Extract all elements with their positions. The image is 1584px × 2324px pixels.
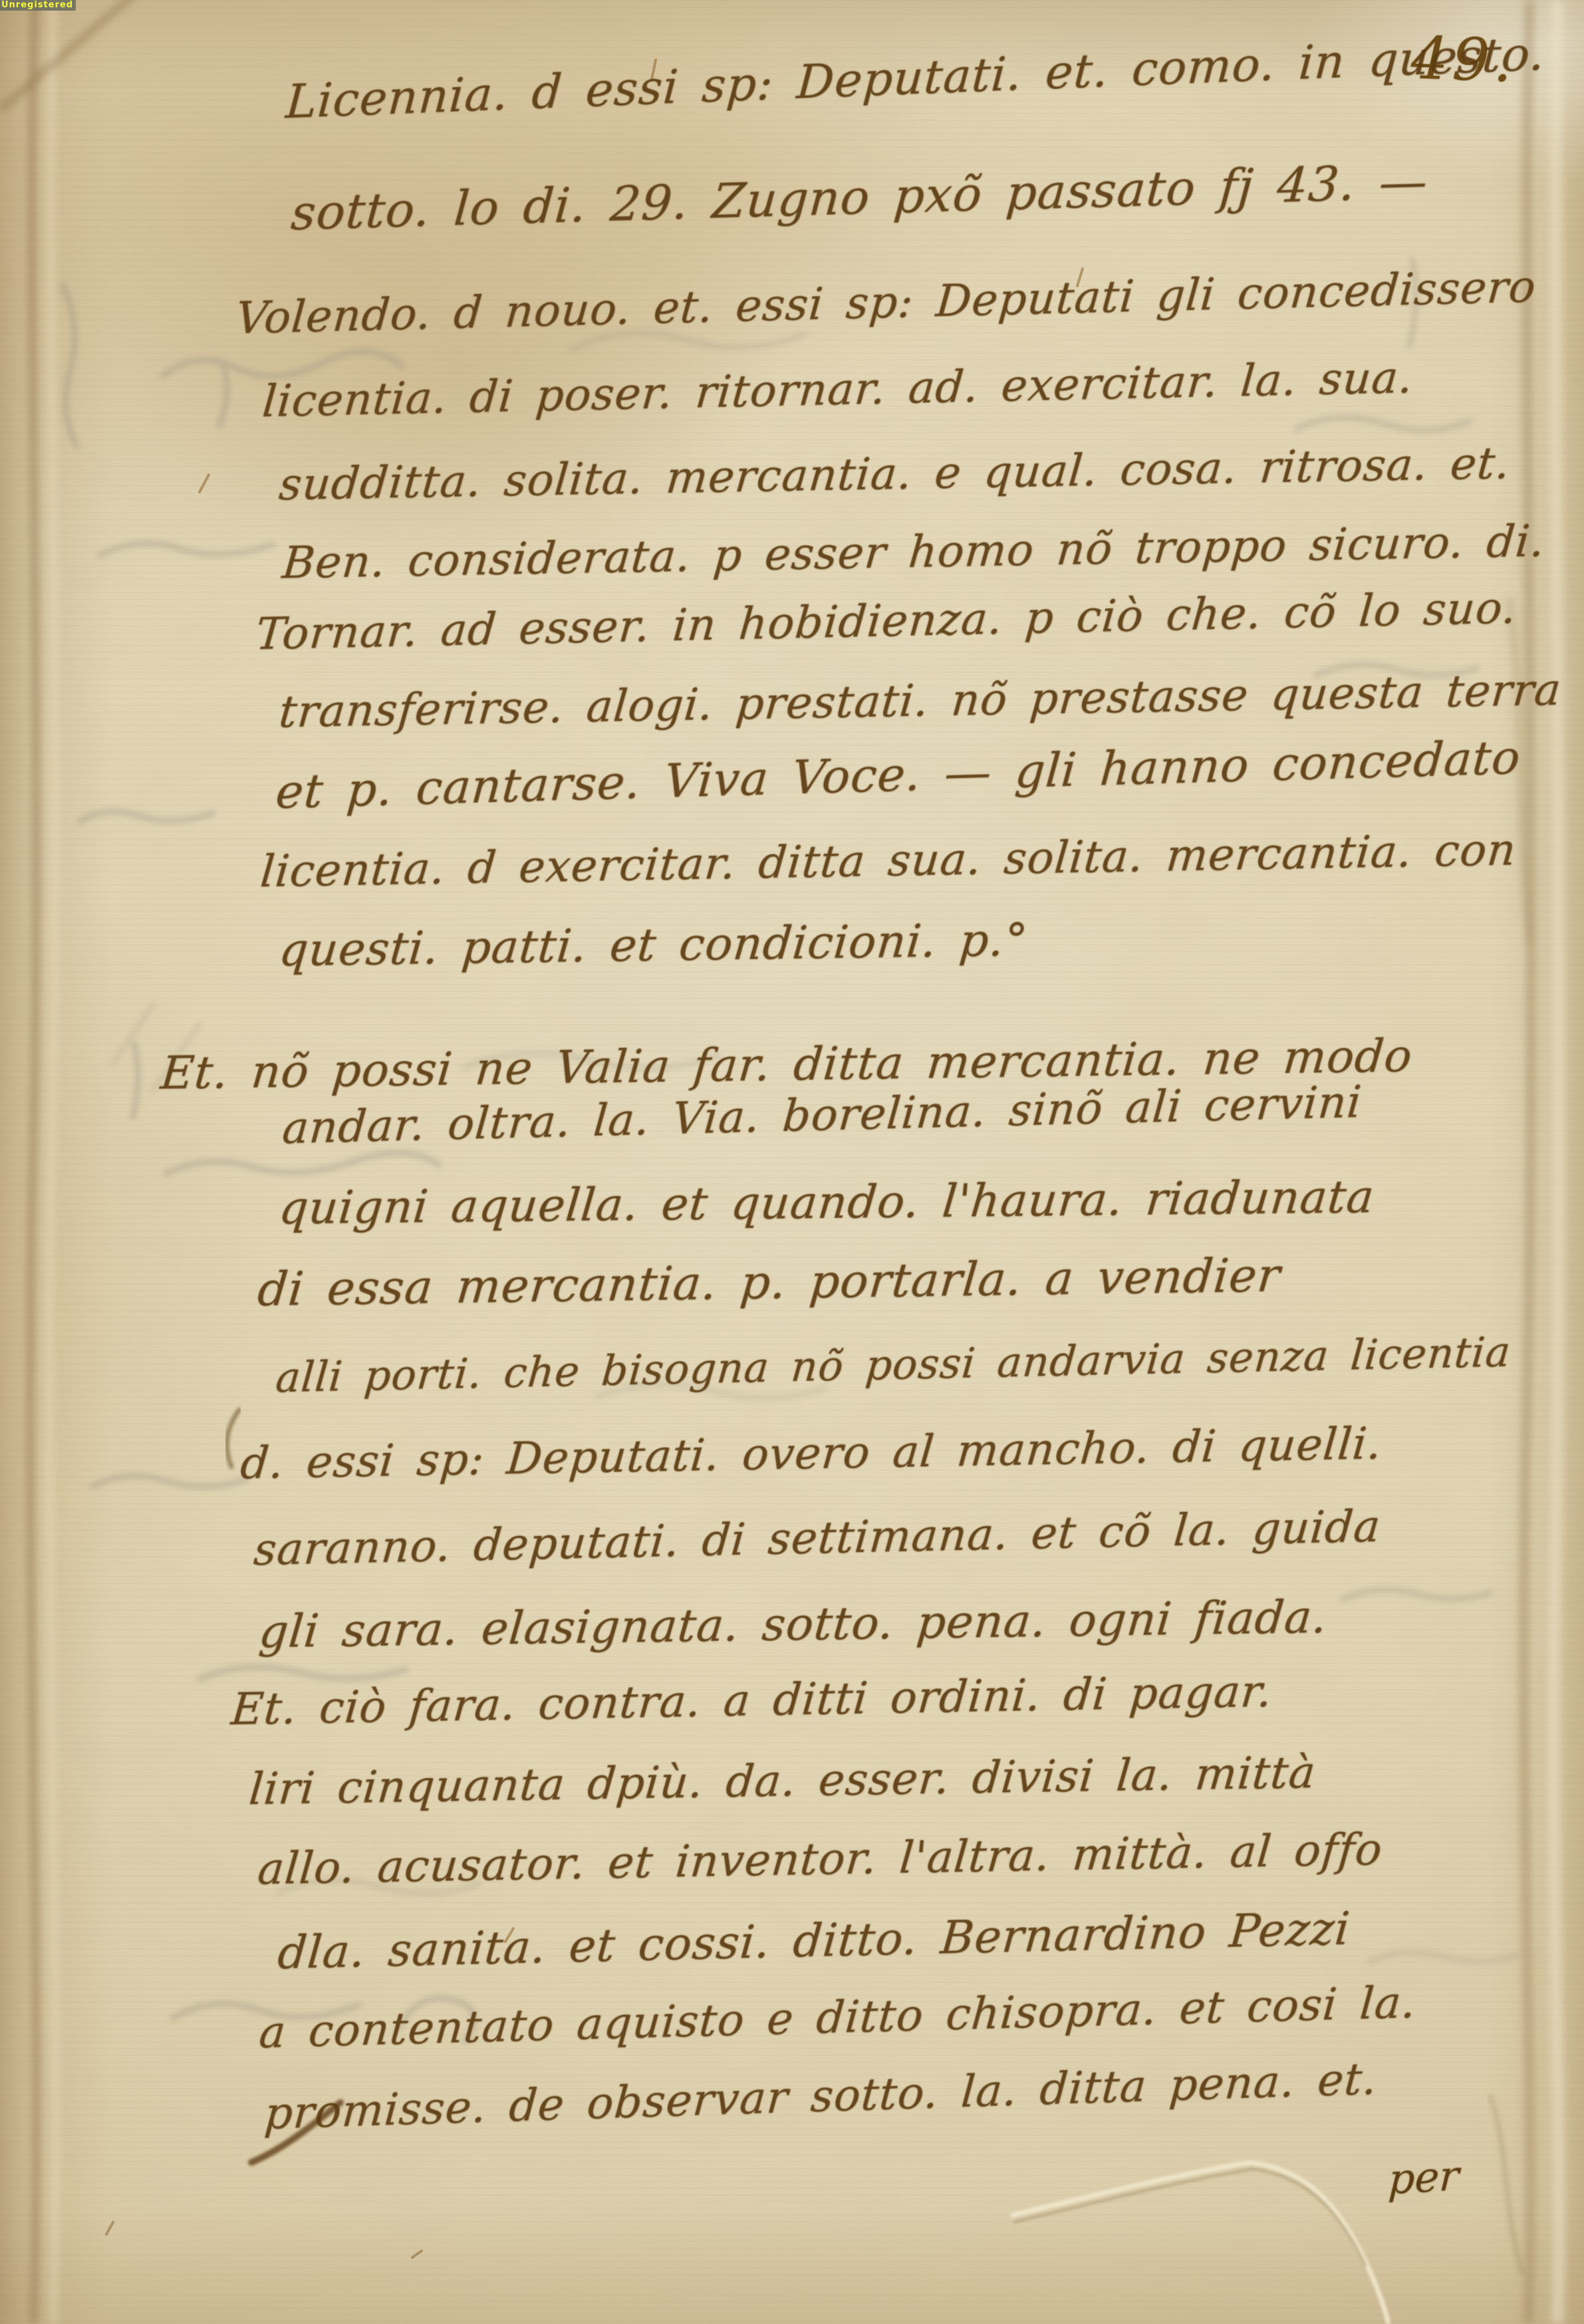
catchword: per: [1387, 2151, 1460, 2204]
manuscript-line-9: et p. cantarse. Viva Voce. — gli hanno c…: [274, 730, 1523, 819]
trial-watermark: Unregistered: [0, 0, 76, 11]
manuscript-line-11: questi. patti. et condicioni. p.°: [277, 914, 1030, 977]
manuscript-line-17: d. essi sp: Deputati. overo al mancho. d…: [239, 1418, 1385, 1489]
manuscript-line-5: sudditta. solita. mercantia. e qual. cos…: [277, 438, 1513, 510]
manuscript-line-1: Licennia. d essi sp: Deputati. et. como.…: [284, 26, 1547, 129]
manuscript-line-21: liri cinquanta dpiù. da. esser. divisi l…: [247, 1747, 1319, 1815]
manuscript-line-6: Ben. considerata. p esser homo nõ troppo…: [281, 515, 1547, 588]
manuscript-line-7: Tornar. ad esser. in hobidienza. p ciò c…: [254, 582, 1519, 660]
manuscript-line-22: allo. acusator. et inventor. l'altra. mi…: [256, 1823, 1385, 1894]
manuscript-line-4: licentia. di poser. ritornar. ad. exerci…: [261, 352, 1416, 427]
manuscript-line-20: Et. ciò fara. contra. a ditti ordini. di…: [229, 1666, 1275, 1735]
manuscript-line-24: a contentato aquisto e ditto chisopra. e…: [257, 1976, 1418, 2058]
manuscript-line-2: sotto. lo di. 29. Zugno pxõ passato fj 4…: [289, 153, 1430, 241]
manuscript-line-14: quigni aquella. et quando. l'haura. riad…: [277, 1171, 1377, 1235]
manuscript-line-25: promisse. de observar sotto. la. ditta p…: [263, 2053, 1379, 2139]
manuscript-line-3: Volendo. d nouo. et. essi sp: Deputati g…: [234, 261, 1538, 344]
manuscript-page: 49. per Licennia. d essi sp: Deputati. e…: [0, 0, 1584, 2324]
manuscript-line-23: dla. sanita. et cossi. ditto. Bernardino…: [276, 1902, 1353, 1980]
manuscript-line-16: alli porti. che bisogna nõ possi andarvi…: [274, 1327, 1513, 1402]
manuscript-line-8: transferirse. alogi. prestati. nõ presta…: [277, 664, 1564, 737]
manuscript-line-18: saranno. deputati. di settimana. et cõ l…: [252, 1500, 1383, 1575]
manuscript-line-19: gli sara. elasignata. sotto. pena. ogni …: [257, 1591, 1329, 1659]
handwriting-layer: 49. per Licennia. d essi sp: Deputati. e…: [0, 0, 1584, 2324]
manuscript-line-15: di essa mercantia. p. portarla. a vendie…: [255, 1247, 1283, 1317]
manuscript-line-10: licentia. d exercitar. ditta sua. solita…: [259, 824, 1519, 897]
